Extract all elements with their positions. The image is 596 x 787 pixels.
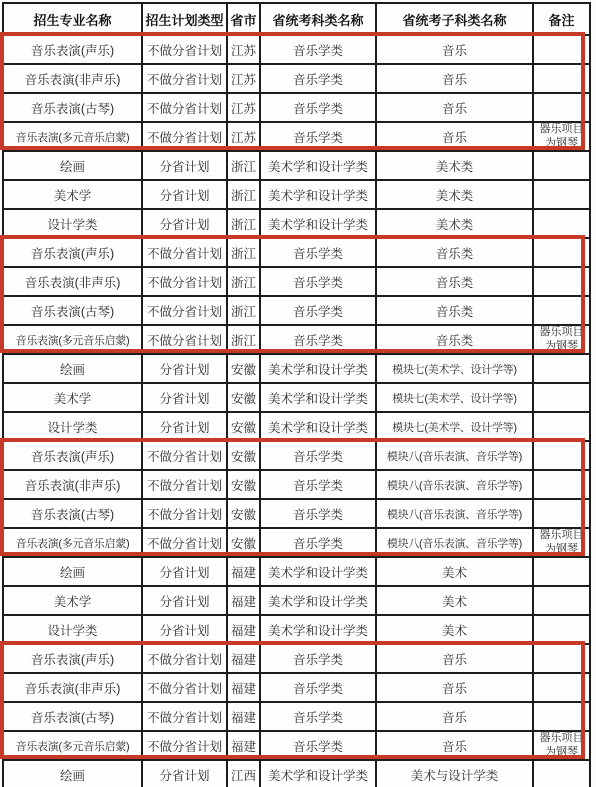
cell-category: 音乐学类 bbox=[260, 731, 376, 760]
table-row: 美术学分省计划福建美术学和设计学类美术 bbox=[3, 586, 590, 615]
table-row: 音乐表演(声乐)不做分省计划浙江音乐学类音乐类 bbox=[3, 238, 590, 267]
table-row: 音乐表演(古琴)不做分省计划浙江音乐学类音乐类 bbox=[3, 296, 590, 325]
table-row: 音乐表演(非声乐)不做分省计划江苏音乐学类音乐 bbox=[3, 64, 590, 93]
cell-plan-type: 不做分省计划 bbox=[142, 122, 227, 151]
cell-subcategory: 模块八(音乐表演、音乐学等) bbox=[376, 499, 533, 528]
table-row: 设计学类分省计划福建美术学和设计学类美术 bbox=[3, 615, 590, 644]
cell-remark bbox=[533, 238, 590, 267]
cell-plan-type: 分省计划 bbox=[142, 383, 227, 412]
cell-subcategory: 美术类 bbox=[376, 151, 533, 180]
cell-province: 浙江 bbox=[227, 267, 260, 296]
table-row: 音乐表演(声乐)不做分省计划江苏音乐学类音乐 bbox=[3, 35, 590, 64]
admission-plan-table: 招生专业名称 招生计划类型 省市 省统考科类名称 省统考子科类名称 备注 音乐表… bbox=[2, 2, 591, 787]
cell-category: 美术学和设计学类 bbox=[260, 209, 376, 238]
cell-subcategory: 美术类 bbox=[376, 180, 533, 209]
cell-remark bbox=[533, 673, 590, 702]
column-header-category: 省统考科类名称 bbox=[260, 3, 376, 35]
cell-remark bbox=[533, 64, 590, 93]
cell-category: 音乐学类 bbox=[260, 122, 376, 151]
table-row: 音乐表演(古琴)不做分省计划福建音乐学类音乐 bbox=[3, 702, 590, 731]
table-header: 招生专业名称 招生计划类型 省市 省统考科类名称 省统考子科类名称 备注 bbox=[3, 3, 590, 35]
column-header-major: 招生专业名称 bbox=[3, 3, 142, 35]
cell-remark bbox=[533, 354, 590, 383]
cell-subcategory: 模块八(音乐表演、音乐学等) bbox=[376, 441, 533, 470]
cell-subcategory: 美术类 bbox=[376, 209, 533, 238]
table-row: 音乐表演(非声乐)不做分省计划浙江音乐学类音乐类 bbox=[3, 267, 590, 296]
cell-subcategory: 美术 bbox=[376, 586, 533, 615]
cell-category: 音乐学类 bbox=[260, 238, 376, 267]
cell-category: 美术学和设计学类 bbox=[260, 615, 376, 644]
admission-plan-page: 招生专业名称 招生计划类型 省市 省统考科类名称 省统考子科类名称 备注 音乐表… bbox=[0, 0, 596, 787]
cell-remark bbox=[533, 151, 590, 180]
cell-major: 音乐表演(非声乐) bbox=[3, 64, 142, 93]
cell-category: 音乐学类 bbox=[260, 470, 376, 499]
cell-category: 美术学和设计学类 bbox=[260, 151, 376, 180]
table-body: 音乐表演(声乐)不做分省计划江苏音乐学类音乐音乐表演(非声乐)不做分省计划江苏音… bbox=[3, 35, 590, 787]
cell-remark bbox=[533, 499, 590, 528]
cell-major: 音乐表演(古琴) bbox=[3, 499, 142, 528]
cell-remark bbox=[533, 441, 590, 470]
cell-plan-type: 不做分省计划 bbox=[142, 93, 227, 122]
cell-subcategory: 音乐 bbox=[376, 122, 533, 151]
cell-plan-type: 不做分省计划 bbox=[142, 528, 227, 557]
cell-subcategory: 音乐类 bbox=[376, 296, 533, 325]
cell-major: 音乐表演(声乐) bbox=[3, 238, 142, 267]
cell-category: 美术学和设计学类 bbox=[260, 557, 376, 586]
cell-major: 音乐表演(多元音乐启蒙) bbox=[3, 528, 142, 557]
cell-province: 浙江 bbox=[227, 325, 260, 354]
cell-category: 音乐学类 bbox=[260, 499, 376, 528]
cell-province: 江苏 bbox=[227, 93, 260, 122]
cell-subcategory: 音乐类 bbox=[376, 267, 533, 296]
cell-plan-type: 不做分省计划 bbox=[142, 441, 227, 470]
header-row: 招生专业名称 招生计划类型 省市 省统考科类名称 省统考子科类名称 备注 bbox=[3, 3, 590, 35]
cell-plan-type: 分省计划 bbox=[142, 760, 227, 787]
cell-plan-type: 不做分省计划 bbox=[142, 35, 227, 64]
cell-province: 福建 bbox=[227, 673, 260, 702]
cell-plan-type: 分省计划 bbox=[142, 615, 227, 644]
cell-province: 福建 bbox=[227, 702, 260, 731]
column-header-province: 省市 bbox=[227, 3, 260, 35]
cell-category: 音乐学类 bbox=[260, 64, 376, 93]
cell-major: 音乐表演(古琴) bbox=[3, 702, 142, 731]
table-row: 美术学分省计划安徽美术学和设计学类模块七(美术学、设计学等) bbox=[3, 383, 590, 412]
cell-major: 音乐表演(古琴) bbox=[3, 296, 142, 325]
column-header-remark: 备注 bbox=[533, 3, 590, 35]
cell-major: 美术学 bbox=[3, 586, 142, 615]
cell-plan-type: 分省计划 bbox=[142, 586, 227, 615]
cell-plan-type: 不做分省计划 bbox=[142, 267, 227, 296]
cell-subcategory: 模块七(美术学、设计学等) bbox=[376, 383, 533, 412]
cell-category: 美术学和设计学类 bbox=[260, 586, 376, 615]
cell-category: 音乐学类 bbox=[260, 702, 376, 731]
cell-subcategory: 音乐 bbox=[376, 702, 533, 731]
table-row: 音乐表演(多元音乐启蒙)不做分省计划江苏音乐学类音乐器乐项目为钢琴 bbox=[3, 122, 590, 151]
cell-remark bbox=[533, 412, 590, 441]
cell-plan-type: 不做分省计划 bbox=[142, 325, 227, 354]
cell-category: 音乐学类 bbox=[260, 644, 376, 673]
cell-subcategory: 模块七(美术学、设计学等) bbox=[376, 412, 533, 441]
cell-remark bbox=[533, 586, 590, 615]
table-row: 设计学类分省计划安徽美术学和设计学类模块七(美术学、设计学等) bbox=[3, 412, 590, 441]
cell-province: 福建 bbox=[227, 586, 260, 615]
cell-major: 音乐表演(声乐) bbox=[3, 441, 142, 470]
cell-category: 音乐学类 bbox=[260, 325, 376, 354]
table-row: 音乐表演(多元音乐启蒙)不做分省计划浙江音乐学类音乐类器乐项目为钢琴 bbox=[3, 325, 590, 354]
cell-category: 音乐学类 bbox=[260, 35, 376, 64]
cell-subcategory: 音乐 bbox=[376, 64, 533, 93]
table-row: 音乐表演(声乐)不做分省计划福建音乐学类音乐 bbox=[3, 644, 590, 673]
cell-plan-type: 分省计划 bbox=[142, 412, 227, 441]
cell-major: 绘画 bbox=[3, 354, 142, 383]
cell-plan-type: 不做分省计划 bbox=[142, 673, 227, 702]
cell-category: 美术学和设计学类 bbox=[260, 412, 376, 441]
cell-major: 设计学类 bbox=[3, 412, 142, 441]
cell-major: 设计学类 bbox=[3, 615, 142, 644]
cell-category: 音乐学类 bbox=[260, 267, 376, 296]
cell-subcategory: 模块八(音乐表演、音乐学等) bbox=[376, 470, 533, 499]
cell-plan-type: 不做分省计划 bbox=[142, 238, 227, 267]
table-row: 音乐表演(声乐)不做分省计划安徽音乐学类模块八(音乐表演、音乐学等) bbox=[3, 441, 590, 470]
cell-major: 绘画 bbox=[3, 151, 142, 180]
cell-province: 安徽 bbox=[227, 470, 260, 499]
table-row: 绘画分省计划福建美术学和设计学类美术 bbox=[3, 557, 590, 586]
cell-province: 江苏 bbox=[227, 122, 260, 151]
cell-plan-type: 不做分省计划 bbox=[142, 296, 227, 325]
cell-remark bbox=[533, 615, 590, 644]
cell-major: 设计学类 bbox=[3, 209, 142, 238]
cell-province: 福建 bbox=[227, 557, 260, 586]
cell-province: 浙江 bbox=[227, 296, 260, 325]
cell-category: 音乐学类 bbox=[260, 673, 376, 702]
cell-major: 音乐表演(多元音乐启蒙) bbox=[3, 325, 142, 354]
cell-major: 音乐表演(声乐) bbox=[3, 644, 142, 673]
cell-province: 浙江 bbox=[227, 180, 260, 209]
cell-province: 福建 bbox=[227, 615, 260, 644]
cell-plan-type: 分省计划 bbox=[142, 209, 227, 238]
cell-category: 音乐学类 bbox=[260, 441, 376, 470]
cell-plan-type: 不做分省计划 bbox=[142, 470, 227, 499]
cell-remark bbox=[533, 267, 590, 296]
cell-remark bbox=[533, 644, 590, 673]
cell-province: 安徽 bbox=[227, 528, 260, 557]
cell-remark bbox=[533, 470, 590, 499]
cell-subcategory: 美术 bbox=[376, 615, 533, 644]
cell-subcategory: 音乐 bbox=[376, 35, 533, 64]
cell-major: 音乐表演(非声乐) bbox=[3, 470, 142, 499]
cell-major: 绘画 bbox=[3, 557, 142, 586]
cell-major: 音乐表演(多元音乐启蒙) bbox=[3, 731, 142, 760]
cell-category: 音乐学类 bbox=[260, 528, 376, 557]
cell-plan-type: 分省计划 bbox=[142, 354, 227, 383]
cell-province: 江苏 bbox=[227, 35, 260, 64]
cell-category: 美术学和设计学类 bbox=[260, 180, 376, 209]
cell-plan-type: 分省计划 bbox=[142, 557, 227, 586]
table-row: 音乐表演(非声乐)不做分省计划安徽音乐学类模块八(音乐表演、音乐学等) bbox=[3, 470, 590, 499]
cell-plan-type: 分省计划 bbox=[142, 180, 227, 209]
table-row: 美术学分省计划浙江美术学和设计学类美术类 bbox=[3, 180, 590, 209]
table-row: 设计学类分省计划浙江美术学和设计学类美术类 bbox=[3, 209, 590, 238]
table-row: 音乐表演(古琴)不做分省计划江苏音乐学类音乐 bbox=[3, 93, 590, 122]
cell-remark bbox=[533, 296, 590, 325]
column-header-plan-type: 招生计划类型 bbox=[142, 3, 227, 35]
cell-remark bbox=[533, 702, 590, 731]
cell-major: 美术学 bbox=[3, 180, 142, 209]
cell-plan-type: 不做分省计划 bbox=[142, 702, 227, 731]
cell-remark bbox=[533, 760, 590, 787]
cell-remark bbox=[533, 93, 590, 122]
cell-plan-type: 分省计划 bbox=[142, 151, 227, 180]
cell-major: 音乐表演(多元音乐启蒙) bbox=[3, 122, 142, 151]
cell-plan-type: 不做分省计划 bbox=[142, 64, 227, 93]
table-row: 音乐表演(非声乐)不做分省计划福建音乐学类音乐 bbox=[3, 673, 590, 702]
cell-category: 美术学和设计学类 bbox=[260, 354, 376, 383]
cell-subcategory: 音乐 bbox=[376, 644, 533, 673]
cell-remark: 器乐项目为钢琴 bbox=[533, 528, 590, 557]
cell-province: 安徽 bbox=[227, 383, 260, 412]
cell-major: 绘画 bbox=[3, 760, 142, 787]
cell-major: 音乐表演(声乐) bbox=[3, 35, 142, 64]
cell-province: 浙江 bbox=[227, 151, 260, 180]
cell-major: 美术学 bbox=[3, 383, 142, 412]
cell-major: 音乐表演(古琴) bbox=[3, 93, 142, 122]
cell-category: 美术学和设计学类 bbox=[260, 383, 376, 412]
cell-subcategory: 音乐类 bbox=[376, 325, 533, 354]
cell-remark bbox=[533, 557, 590, 586]
cell-remark bbox=[533, 180, 590, 209]
table-row: 绘画分省计划安徽美术学和设计学类模块七(美术学、设计学等) bbox=[3, 354, 590, 383]
cell-province: 福建 bbox=[227, 644, 260, 673]
cell-plan-type: 不做分省计划 bbox=[142, 644, 227, 673]
cell-province: 福建 bbox=[227, 731, 260, 760]
cell-category: 美术学和设计学类 bbox=[260, 760, 376, 787]
cell-remark: 器乐项目为钢琴 bbox=[533, 122, 590, 151]
cell-province: 安徽 bbox=[227, 441, 260, 470]
column-header-subcategory: 省统考子科类名称 bbox=[376, 3, 533, 35]
cell-remark bbox=[533, 209, 590, 238]
cell-major: 音乐表演(非声乐) bbox=[3, 267, 142, 296]
cell-category: 音乐学类 bbox=[260, 93, 376, 122]
cell-province: 江苏 bbox=[227, 64, 260, 93]
cell-province: 安徽 bbox=[227, 354, 260, 383]
cell-province: 浙江 bbox=[227, 238, 260, 267]
cell-remark bbox=[533, 383, 590, 412]
cell-province: 浙江 bbox=[227, 209, 260, 238]
cell-province: 江西 bbox=[227, 760, 260, 787]
cell-subcategory: 美术 bbox=[376, 557, 533, 586]
cell-remark: 器乐项目为钢琴 bbox=[533, 731, 590, 760]
cell-province: 安徽 bbox=[227, 499, 260, 528]
cell-major: 音乐表演(非声乐) bbox=[3, 673, 142, 702]
cell-subcategory: 音乐 bbox=[376, 673, 533, 702]
table-row: 音乐表演(多元音乐启蒙)不做分省计划福建音乐学类音乐器乐项目为钢琴 bbox=[3, 731, 590, 760]
table-row: 音乐表演(多元音乐启蒙)不做分省计划安徽音乐学类模块八(音乐表演、音乐学等)器乐… bbox=[3, 528, 590, 557]
cell-category: 音乐学类 bbox=[260, 296, 376, 325]
cell-subcategory: 音乐 bbox=[376, 93, 533, 122]
cell-province: 安徽 bbox=[227, 412, 260, 441]
cell-remark bbox=[533, 35, 590, 64]
cell-subcategory: 音乐类 bbox=[376, 238, 533, 267]
cell-subcategory: 模块八(音乐表演、音乐学等) bbox=[376, 528, 533, 557]
table-row: 绘画分省计划江西美术学和设计学类美术与设计学类 bbox=[3, 760, 590, 787]
cell-subcategory: 音乐 bbox=[376, 731, 533, 760]
cell-subcategory: 美术与设计学类 bbox=[376, 760, 533, 787]
cell-remark: 器乐项目为钢琴 bbox=[533, 325, 590, 354]
table-row: 绘画分省计划浙江美术学和设计学类美术类 bbox=[3, 151, 590, 180]
table-row: 音乐表演(古琴)不做分省计划安徽音乐学类模块八(音乐表演、音乐学等) bbox=[3, 499, 590, 528]
cell-plan-type: 不做分省计划 bbox=[142, 499, 227, 528]
cell-plan-type: 不做分省计划 bbox=[142, 731, 227, 760]
cell-subcategory: 模块七(美术学、设计学等) bbox=[376, 354, 533, 383]
